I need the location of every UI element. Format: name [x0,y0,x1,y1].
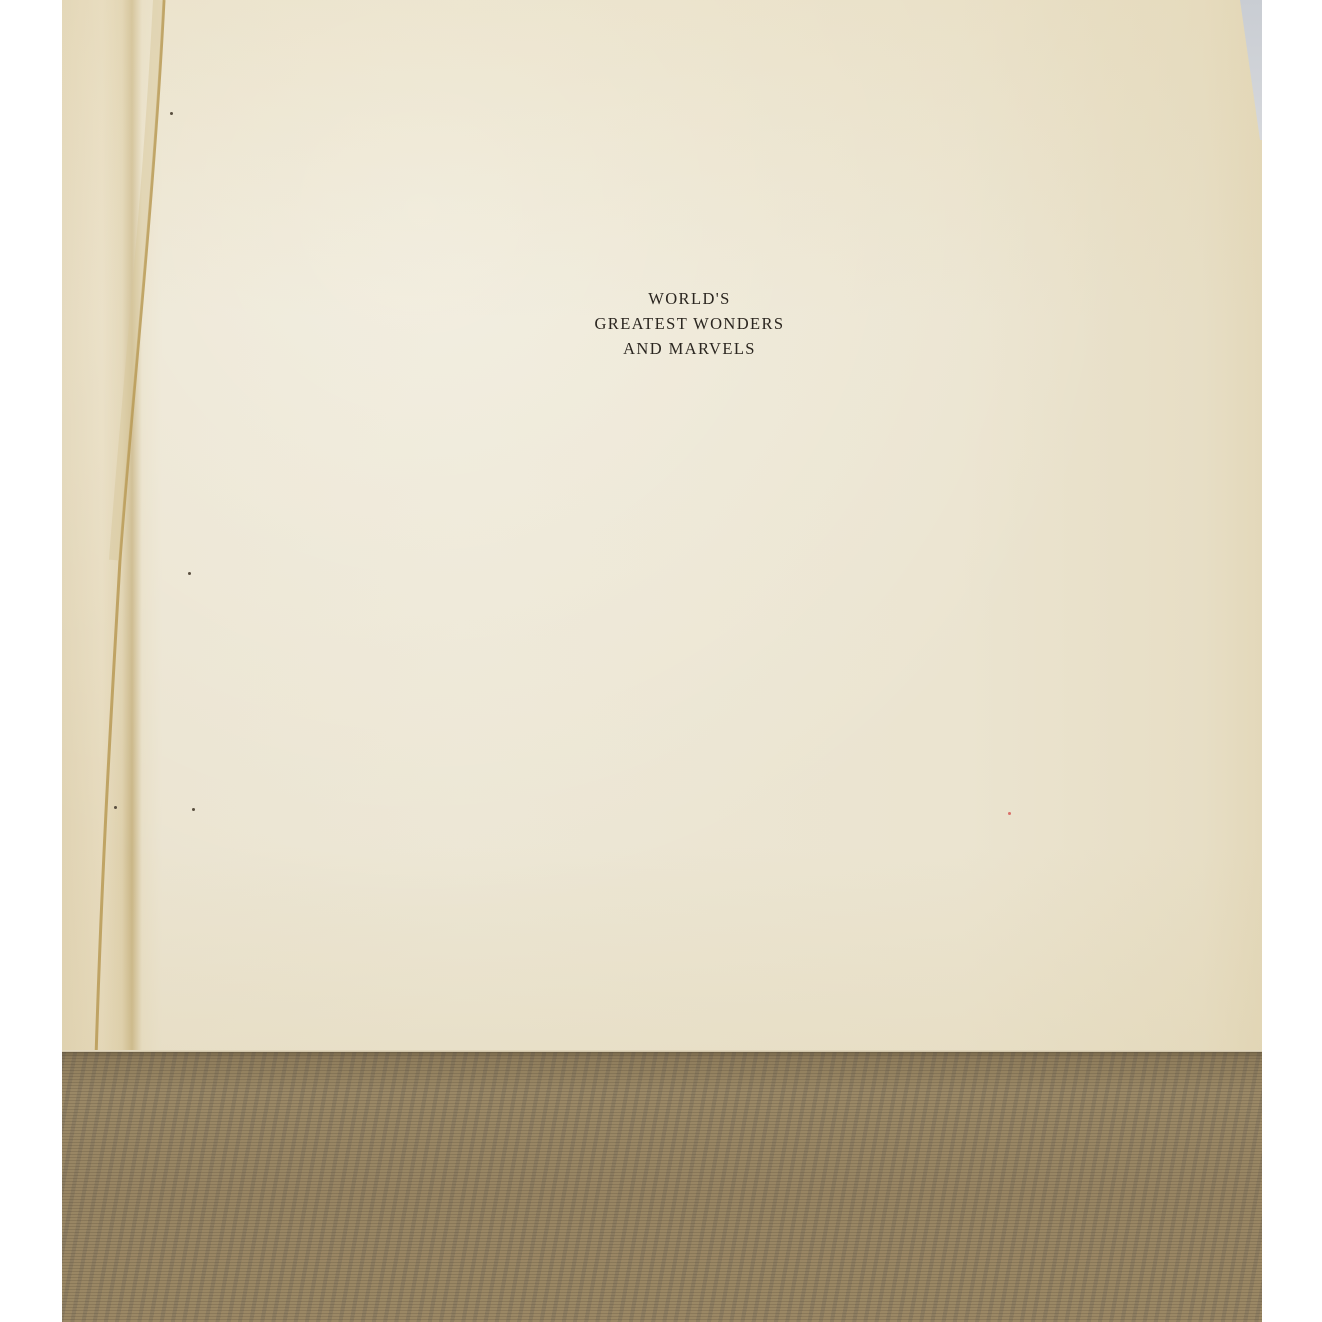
paper-speck [188,572,191,575]
gilt-gutter-line [62,0,182,1058]
title-line-3: AND MARVELS [117,336,1262,361]
paper-speck [114,806,117,809]
title-line-2: GREATEST WONDERS [117,311,1262,336]
paper-speck [170,112,173,115]
open-book: WORLD'S GREATEST WONDERS AND MARVELS [62,0,1262,1322]
title-page: WORLD'S GREATEST WONDERS AND MARVELS [62,0,1262,1058]
red-paper-speck [1008,812,1011,815]
page-stack-edges [62,1052,1262,1322]
title-line-1: WORLD'S [117,286,1262,311]
page-shading [62,0,1262,1058]
paper-speck [192,808,195,811]
half-title: WORLD'S GREATEST WONDERS AND MARVELS [62,286,1262,361]
